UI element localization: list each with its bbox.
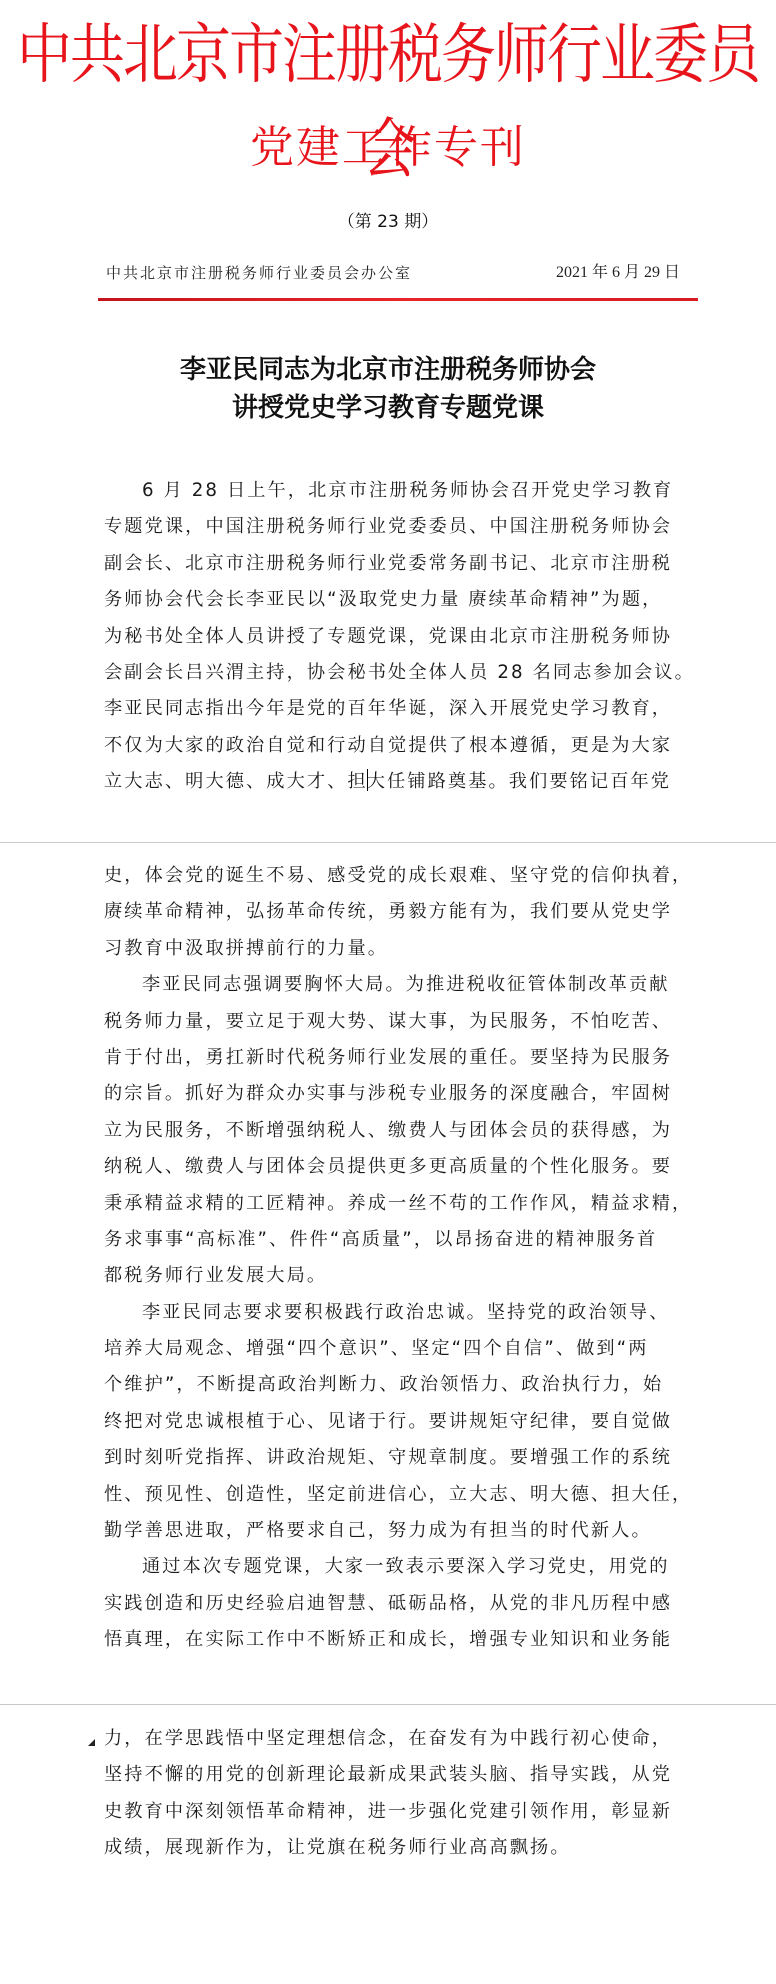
paragraph-line: 赓续革命精神，弘扬革命传统，勇毅方能有为，我们要从党史学 [104, 894, 690, 930]
paragraph-line: 肯于付出，勇扛新时代税务师行业发展的重任。要坚持为民服务 [104, 1040, 690, 1076]
paragraph-line: 习教育中汲取拼搏前行的力量。 [104, 931, 690, 967]
article-title-line-2: 讲授党史学习教育专题党课 [0, 389, 776, 427]
paragraph-line: 悟真理，在实际工作中不断矫正和成长，增强专业知识和业务能 [104, 1622, 690, 1658]
paragraph-line: 都税务师行业发展大局。 [104, 1258, 690, 1294]
paragraph-line: 立为民服务，不断增强纳税人、缴费人与团体会员的获得感，为 [104, 1113, 690, 1149]
page-1-body[interactable]: 6 月 28 日上午，北京市注册税务师协会召开党史学习教育 专题党课，中国注册税… [104, 473, 690, 801]
paragraph-line: 纳税人、缴费人与团体会员提供更多更高质量的个性化服务。要 [104, 1149, 690, 1185]
paragraph-line: 不仅为大家的政治自觉和行动自觉提供了根本遵循，更是为大家 [104, 728, 690, 764]
article-title: 李亚民同志为北京市注册税务师协会 讲授党史学习教育专题党课 [0, 351, 776, 427]
issue-number: （第 23 期） [0, 209, 776, 235]
page-break-1 [0, 842, 776, 843]
page-3-body[interactable]: 力，在学思践悟中坚定理想信念，在奋发有为中践行初心使命， 坚持不懈的用党的创新理… [104, 1721, 690, 1867]
paragraph-line: 秉承精益求精的工匠精神。养成一丝不苟的工作作风，精益求精， [104, 1186, 690, 1222]
text-before-cursor: 立大志、明大德、成大才、担 [104, 771, 368, 792]
paragraph-line: 培养大局观念、增强“四个意识”、坚定“四个自信”、做到“两 [104, 1331, 690, 1367]
paragraph-line: 会副会长吕兴渭主持，协会秘书处全体人员 28 名同志参加会议。 [104, 655, 690, 691]
paragraph-line: 实践创造和历史经验启迪智慧、砥砺品格，从党的非凡历程中感 [104, 1586, 690, 1622]
page-break-2 [0, 1704, 776, 1705]
paragraph-line: 的宗旨。抓好为群众办实事与涉税专业服务的深度融合，牢固树 [104, 1076, 690, 1112]
paragraph-line: 个维护”，不断提高政治判断力、政治领悟力、政治执行力，始 [104, 1367, 690, 1403]
paragraph-line: 成绩，展现新作为，让党旗在税务师行业高高飘扬。 [104, 1830, 690, 1866]
paragraph-line: 6 月 28 日上午，北京市注册税务师协会召开党史学习教育 [104, 473, 690, 509]
paragraph-line: 勤学善思进取，严格要求自己，努力成为有担当的时代新人。 [104, 1513, 690, 1549]
paragraph-line: 坚持不懈的用党的创新理论最新成果武装头脑、指导实践，从党 [104, 1757, 690, 1793]
paragraph-line: 务求事事“高标准”、件件“高质量”，以昂扬奋进的精神服务首 [104, 1222, 690, 1258]
paragraph-line: 副会长、北京市注册税务师行业党委常务副书记、北京市注册税 [104, 546, 690, 582]
paragraph-line: 通过本次专题党课，大家一致表示要深入学习党史，用党的 [104, 1549, 690, 1585]
paragraph-line: 终把对党忠诚根植于心、见诸于行。要讲规矩守纪律，要自觉做 [104, 1404, 690, 1440]
paragraph-line: 李亚民同志要求要积极践行政治忠诚。坚持党的政治领导、 [104, 1295, 690, 1331]
paragraph-line: 专题党课，中国注册税务师行业党委委员、中国注册税务师协会 [104, 509, 690, 545]
masthead-subtitle: 党建工作专刊 [0, 118, 776, 178]
paragraph-anchor-icon[interactable] [88, 1739, 95, 1746]
paragraph-line: 到时刻听党指挥、讲政治规矩、守规章制度。要增强工作的系统 [104, 1440, 690, 1476]
text-after-cursor: 大任铺路奠基。我们要铭记百年党 [367, 771, 671, 792]
paragraph-line: 李亚民同志强调要胸怀大局。为推进税收征管体制改革贡献 [104, 967, 690, 1003]
paragraph-line: 李亚民同志指出今年是党的百年华诞，深入开展党史学习教育， [104, 691, 690, 727]
red-divider-rule [98, 298, 698, 301]
paragraph-line: 为秘书处全体人员讲授了专题党课，党课由北京市注册税务师协 [104, 619, 690, 655]
article-title-line-1: 李亚民同志为北京市注册税务师协会 [0, 351, 776, 389]
issuer-office: 中共北京市注册税务师行业委员会办公室 [106, 261, 412, 285]
paragraph-line: 力，在学思践悟中坚定理想信念，在奋发有为中践行初心使命， [104, 1721, 690, 1757]
paragraph-line: 性、预见性、创造性，坚定前进信心，立大志、明大德、担大任， [104, 1477, 690, 1513]
paragraph-line: 税务师力量，要立足于观大势、谋大事，为民服务，不怕吃苦、 [104, 1004, 690, 1040]
paragraph-line: 务师协会代会长李亚民以“汲取党史力量 赓续革命精神”为题， [104, 582, 690, 618]
paragraph-line: 史教育中深刻领悟革命精神，进一步强化党建引领作用，彰显新 [104, 1794, 690, 1830]
paragraph-line-with-cursor: 立大志、明大德、成大才、担大任铺路奠基。我们要铭记百年党 [104, 764, 690, 800]
paragraph-line: 史，体会党的诞生不易、感受党的成长艰难、坚守党的信仰执着， [104, 858, 690, 894]
page-2-body[interactable]: 史，体会党的诞生不易、感受党的成长艰难、坚守党的信仰执着， 赓续革命精神，弘扬革… [104, 858, 690, 1659]
issue-date: 2021 年 6 月 29 日 [556, 261, 680, 285]
